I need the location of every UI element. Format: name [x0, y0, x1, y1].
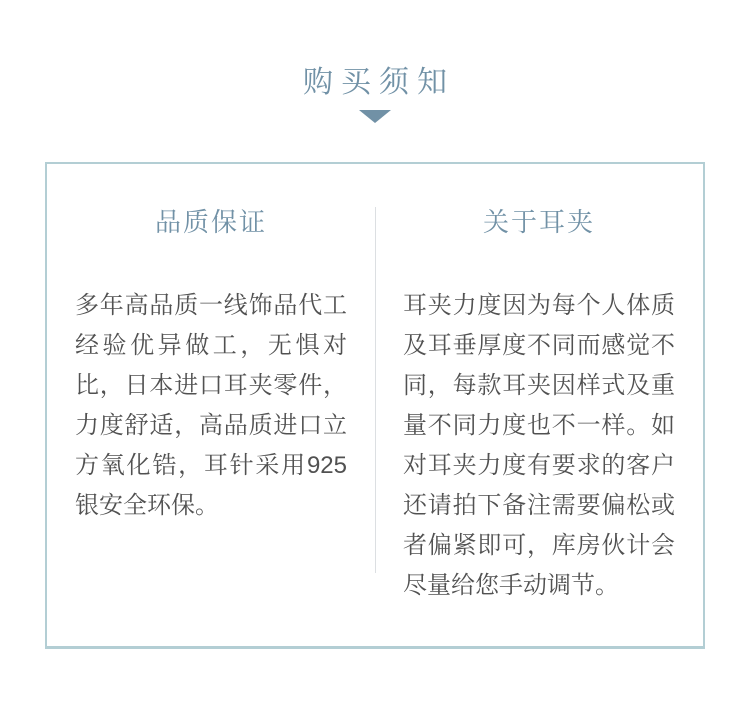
section-about-ear-clips: 关于耳夹 耳夹力度因为每个人体质及耳垂厚度不同而感觉不同，每款耳夹因样式及重量不…	[375, 164, 703, 646]
section-quality-guarantee: 品质保证 多年高品质一线饰品代工经验优异做工，无惧对比，日本进口耳夹零件，力度舒…	[47, 164, 375, 646]
notice-box: 品质保证 多年高品质一线饰品代工经验优异做工，无惧对比，日本进口耳夹零件，力度舒…	[45, 162, 705, 649]
purchase-notice-page: 购买须知 品质保证 多年高品质一线饰品代工经验优异做工，无惧对比，日本进口耳夹零…	[0, 0, 750, 713]
quality-guarantee-heading: 品质保证	[47, 207, 375, 237]
page-title: 购买须知	[0, 66, 750, 100]
about-ear-clips-text: 耳夹力度因为每个人体质及耳垂厚度不同而感觉不同，每款耳夹因样式及重量不同力度也不…	[403, 286, 675, 606]
triangle-down-icon	[359, 110, 391, 123]
quality-guarantee-text: 多年高品质一线饰品代工经验优异做工，无惧对比，日本进口耳夹零件，力度舒适，高品质…	[75, 286, 347, 526]
about-ear-clips-heading: 关于耳夹	[375, 207, 703, 237]
column-divider	[375, 207, 376, 573]
